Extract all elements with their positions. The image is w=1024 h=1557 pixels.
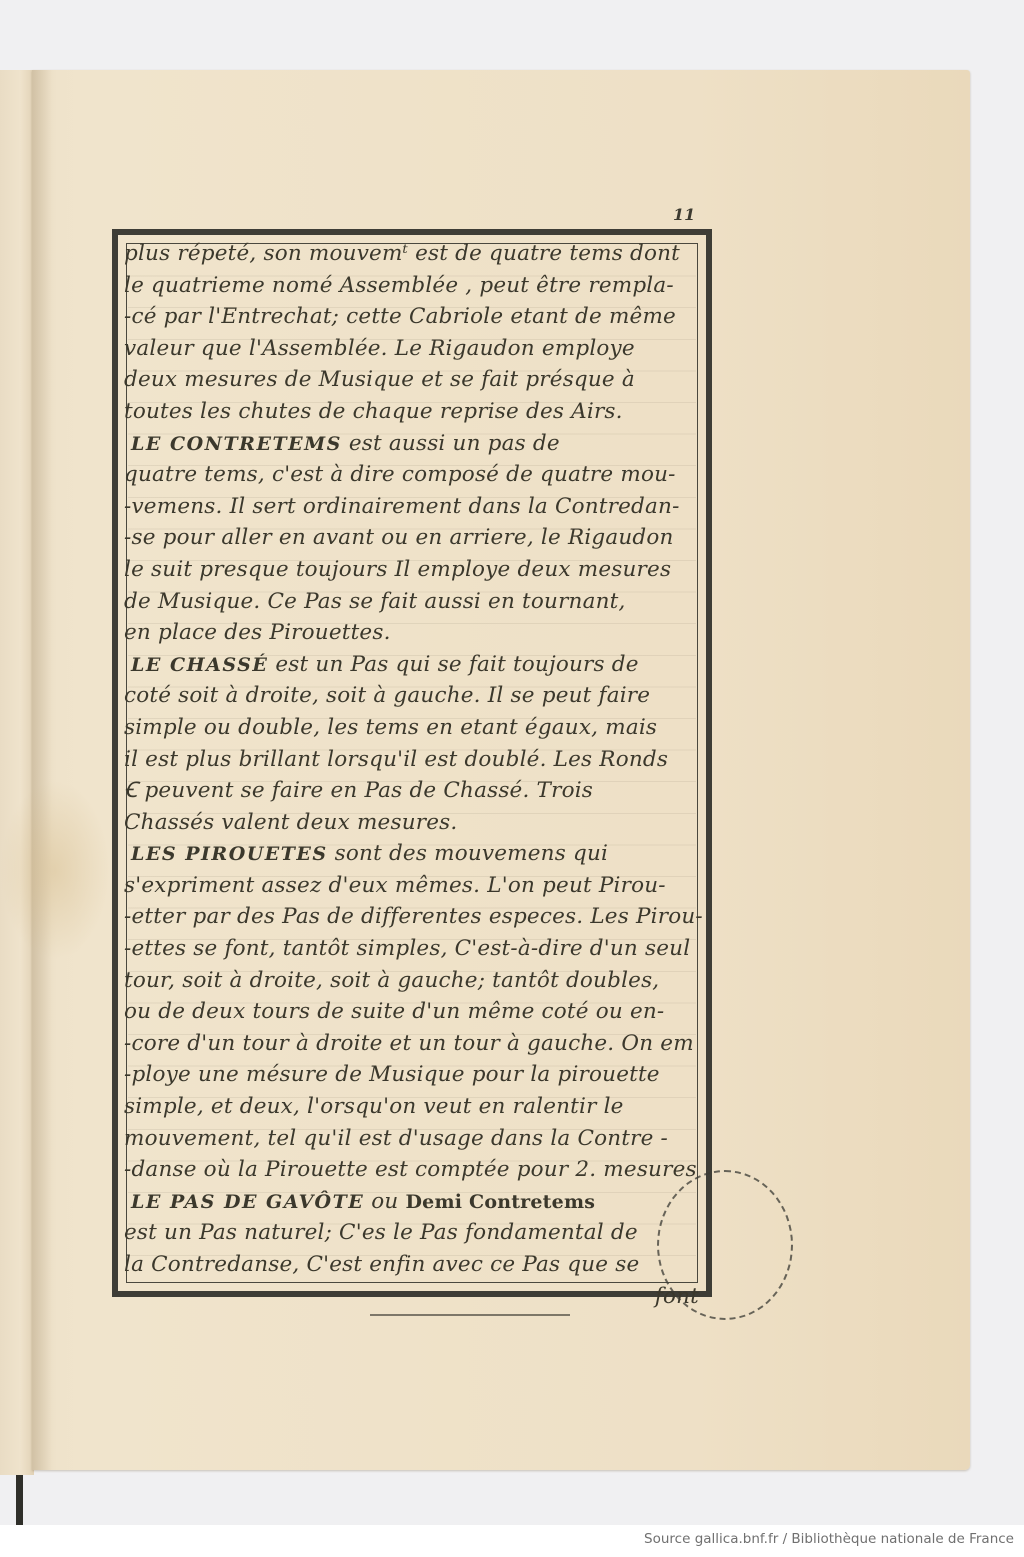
section-heading-chasse: LE CHASSÉ (131, 654, 268, 676)
section-heading-line: LE CHASSÉ est un Pas qui se fait toujour… (124, 649, 709, 681)
text-line: deux mesures de Musique et se fait présq… (124, 364, 709, 396)
text-line: -se pour aller en avant ou en arriere, l… (124, 522, 709, 554)
text-line: le quatrieme nomé Assemblée , peut être … (124, 270, 709, 302)
section-heading-pirouetes: LES PIROUETES (131, 843, 328, 865)
text-line: est un Pas qui se fait toujours de (268, 652, 638, 677)
text-line: ou de deux tours de suite d'un même coté… (124, 996, 709, 1028)
page-edge-marker (16, 1475, 23, 1525)
ink-mark (370, 1314, 570, 1316)
text-line: ou (364, 1189, 405, 1214)
text-line: en place des Pirouettes. (124, 617, 709, 649)
page-number: 11 (673, 205, 695, 224)
text-line: de Musique. Ce Pas se fait aussi en tour… (124, 586, 709, 618)
text-line: simple ou double, les tems en etant égau… (124, 712, 709, 744)
text-line: tour, soit à droite, soit à gauche; tant… (124, 965, 709, 997)
text-line: il est plus brillant lorsqu'il est doubl… (124, 744, 709, 776)
text-line: le suit presque toujours Il employe deux… (124, 554, 709, 586)
section-heading-line: LE PAS DE GAVÔTE ou Demi Contretems (124, 1186, 709, 1218)
text-line: -ettes se font, tantôt simples, C'est-à-… (124, 933, 709, 965)
text-line: coté soit à droite, soit à gauche. Il se… (124, 680, 709, 712)
text-line: quatre tems, c'est à dire composé de qua… (124, 459, 709, 491)
text-line: toutes les chutes de chaque reprise des … (124, 396, 709, 428)
text-line: sont des mouvemens qui (328, 841, 608, 866)
text-line: est aussi un pas de (342, 431, 560, 456)
text-line: Ꞓ peuvent se faire en Pas de Chassé. Tro… (124, 775, 709, 807)
text-line: -etter par des Pas de differentes espece… (124, 901, 709, 933)
text-line: est un Pas naturel; C'es le Pas fondamen… (124, 1217, 709, 1249)
section-subheading-demi-contretems: Demi Contretems (406, 1191, 596, 1213)
paper-stain (0, 780, 110, 960)
text-line: s'expriment assez d'eux mêmes. L'on peut… (124, 870, 709, 902)
text-line: la Contredanse, C'est enfin avec ce Pas … (124, 1249, 709, 1281)
text-line: -cé par l'Entrechat; cette Cabriole etan… (124, 301, 709, 333)
library-stamp-icon (657, 1170, 793, 1320)
text-line: Chassés valent deux mesures. (124, 807, 709, 839)
section-heading-line: LE CONTRETEMS est aussi un pas de (124, 428, 709, 460)
text-line: -core d'un tour à droite et un tour à ga… (124, 1028, 709, 1060)
section-heading-contretems: LE CONTRETEMS (131, 433, 342, 455)
text-line: -vemens. Il sert ordinairement dans la C… (124, 491, 709, 523)
section-heading-pas-de-gavote: LE PAS DE GAVÔTE (131, 1191, 364, 1213)
text-line: valeur que l'Assemblée. Le Rigaudon empl… (124, 333, 709, 365)
text-line: simple, et deux, l'orsqu'on veut en rale… (124, 1091, 709, 1123)
source-credit: Source gallica.bnf.fr / Bibliothèque nat… (644, 1531, 1014, 1547)
section-heading-line: LES PIROUETES sont des mouvemens qui (124, 838, 709, 870)
text-line: -danse où la Pirouette est comptée pour … (124, 1154, 709, 1186)
text-line: mouvement, tel qu'il est d'usage dans la… (124, 1123, 709, 1155)
catchword: font (124, 1281, 709, 1313)
text-line: -ploye une mésure de Musique pour la pir… (124, 1059, 709, 1091)
previous-page-edge (0, 70, 34, 1475)
text-line: plus répeté, son mouvemᵗ est de quatre t… (124, 238, 709, 270)
engraved-text: plus répeté, son mouvemᵗ est de quatre t… (124, 238, 709, 1312)
gutter-shadow (32, 70, 52, 1470)
